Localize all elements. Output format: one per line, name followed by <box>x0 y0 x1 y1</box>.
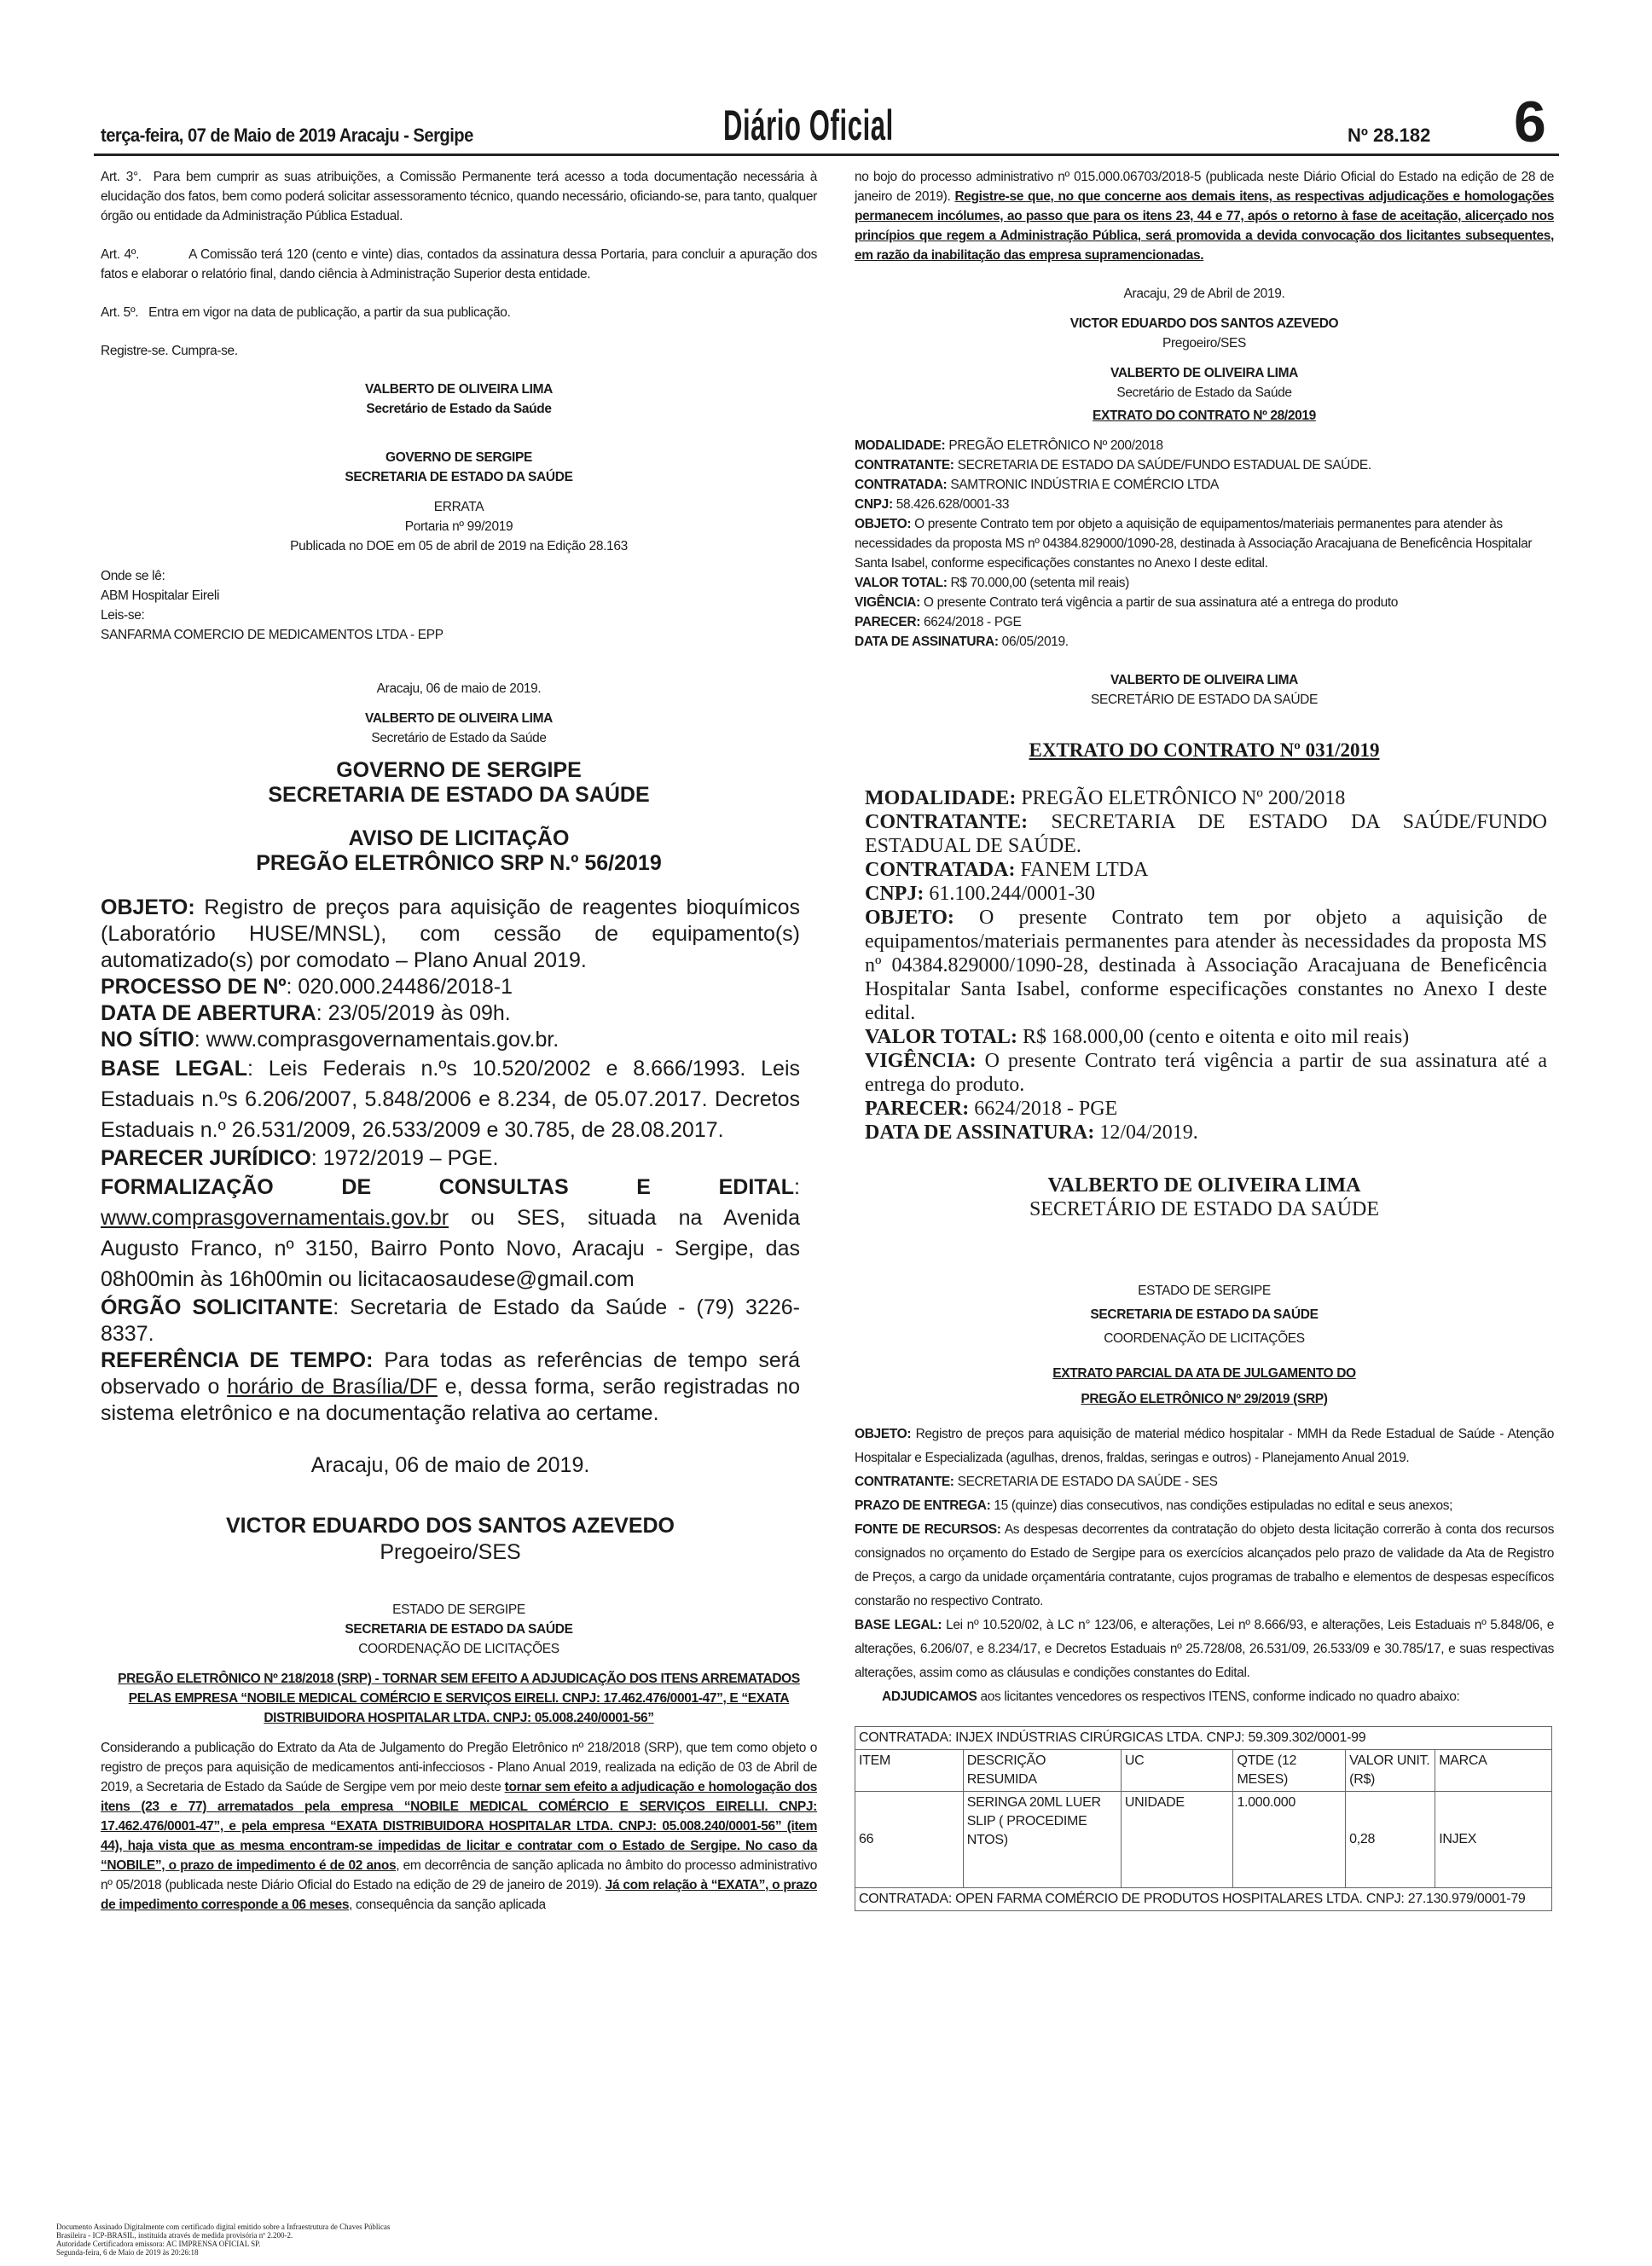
contrato-28-section: EXTRATO DO CONTRATO Nº 28/2019 MODALIDAD… <box>855 406 1554 710</box>
art3-text: Para bem cumprir as suas atribuições, a … <box>101 170 817 223</box>
table-cell: SERINGA 20ML LUER SLIP ( PROCEDIME NTOS) <box>963 1792 1121 1888</box>
c28-field: OBJETO: O presente Contrato tem por obje… <box>855 514 1554 573</box>
aviso-sitio: NO SÍTIO: www.comprasgovernamentais.gov.… <box>101 1027 800 1053</box>
errata-title: ERRATA <box>101 497 817 517</box>
sitio-text: : www.comprasgovernamentais.gov.br. <box>194 1028 559 1052</box>
left-column: Art. 3°. Para bem cumprir as suas atribu… <box>101 167 817 1915</box>
aviso-referencia: REFERÊNCIA DE TEMPO: Para todas as refer… <box>101 1347 800 1427</box>
errata-section: GOVERNO DE SERGIPE SECRETARIA DE ESTADO … <box>101 448 817 748</box>
ata-title1: EXTRATO PARCIAL DA ATA DE JULGAMENTO DO <box>855 1361 1554 1387</box>
p218-coord: COORDENAÇÃO DE LICITAÇÕES <box>101 1639 817 1659</box>
ata-field: PRAZO DE ENTREGA: 15 (quinze) dias conse… <box>855 1494 1554 1518</box>
c28-field: CONTRATADA: SAMTRONIC INDÚSTRIA E COMÉRC… <box>855 475 1554 495</box>
ata-field: CONTRATANTE: SECRETARIA DE ESTADO DA SAÚ… <box>855 1470 1554 1494</box>
ata-field-value: Registro de preços para aquisição de mat… <box>855 1427 1554 1465</box>
p218-place-date: Aracaju, 29 de Abril de 2019. <box>855 284 1554 304</box>
formal-colon: : <box>794 1175 800 1199</box>
errata-publicada: Publicada no DOE em 05 de abril de 2019 … <box>101 536 817 556</box>
table-cell: INJEX <box>1435 1792 1552 1888</box>
closing: Registre-se. Cumpra-se. <box>101 341 817 361</box>
errata-leia-label: Leis-se: <box>101 606 817 625</box>
art4: Art. 4º.A Comissão terá 120 (cento e vin… <box>101 245 817 284</box>
aviso-licitacao: GOVERNO DE SERGIPE SECRETARIA DE ESTADO … <box>101 758 817 1566</box>
c28-field: CONTRATANTE: SECRETARIA DE ESTADO DA SAÚ… <box>855 455 1554 475</box>
c31-field: CNPJ: 61.100.244/0001-30 <box>865 882 1547 906</box>
p218-signer1-title: Pregoeiro/SES <box>855 333 1554 353</box>
edition-number: Nº 28.182 <box>1348 125 1430 147</box>
footer-line: Autoridade Certificadora emissora: AC IM… <box>56 2240 390 2248</box>
p218-estado: ESTADO DE SERGIPE <box>101 1600 817 1620</box>
errata-leia-value: SANFARMA COMERCIO DE MEDICAMENTOS LTDA -… <box>101 625 817 645</box>
aviso-signer-name: VICTOR EDUARDO DOS SANTOS AZEVEDO <box>101 1513 800 1539</box>
ata-field-value: SECRETARIA DE ESTADO DA SAÚDE - SES <box>954 1475 1218 1489</box>
column-header: VALOR UNIT. (R$) <box>1346 1750 1435 1792</box>
orgao-label: ÓRGÃO SOLICITANTE <box>101 1295 333 1319</box>
compras-link[interactable]: www.comprasgovernamentais.gov.br <box>101 1206 449 1230</box>
ata-field-label: PRAZO DE ENTREGA: <box>855 1498 990 1513</box>
c28-field-label: MODALIDADE: <box>855 438 945 453</box>
aviso-secretaria: SECRETARIA DE ESTADO DA SAÚDE <box>101 783 817 808</box>
p218-body-c: , consequência da sanção aplicada <box>349 1898 546 1912</box>
table-cell: 66 <box>855 1792 964 1888</box>
c31-field-label: CONTRATANTE: <box>865 811 1028 833</box>
c28-signer-name: VALBERTO DE OLIVEIRA LIMA <box>855 670 1554 690</box>
p218-title: PREGÃO ELETRÔNICO Nº 218/2018 (SRP) - TO… <box>101 1669 817 1728</box>
ref-link: horário de Brasília/DF <box>227 1375 438 1399</box>
art5-label: Art. 5º. <box>101 305 138 320</box>
aviso-subtitle: PREGÃO ELETRÔNICO SRP N.º 56/2019 <box>101 851 817 876</box>
objeto-label: OBJETO: <box>101 895 195 919</box>
adjudication-table: CONTRATADA: INJEX INDÚSTRIAS CIRÚRGICAS … <box>855 1726 1552 1911</box>
contrato-31-section: EXTRATO DO CONTRATO Nº 031/2019 MODALIDA… <box>855 739 1554 1221</box>
errata-portaria: Portaria nº 99/2019 <box>101 517 817 536</box>
ata-fields: OBJETO: Registro de preços para aquisiçã… <box>855 1423 1554 1685</box>
c28-field-value: 06/05/2019. <box>999 635 1069 649</box>
column-header: MARCA <box>1435 1750 1552 1792</box>
ata-field-label: CONTRATANTE: <box>855 1475 954 1489</box>
ata-29-section: ESTADO DE SERGIPE SECRETARIA DE ESTADO D… <box>855 1279 1554 1911</box>
footer-line: Segunda-feira, 6 de Maio de 2019 às 20:2… <box>56 2248 390 2257</box>
header-rule <box>94 154 1559 156</box>
adjud-label: ADJUDICAMOS <box>882 1689 977 1704</box>
portaria-tail: Art. 3°. Para bem cumprir as suas atribu… <box>101 167 817 419</box>
c28-field: VIGÊNCIA: O presente Contrato terá vigên… <box>855 593 1554 612</box>
table-header-row: ITEMDESCRIÇÃO RESUMIDAUCQTDE (12 MESES)V… <box>855 1750 1552 1792</box>
c28-field-label: VALOR TOTAL: <box>855 576 948 590</box>
p218-cont-body: no bojo do processo administrativo nº 01… <box>855 167 1554 265</box>
table-cell: UNIDADE <box>1121 1792 1233 1888</box>
pregao-218-continued: no bojo do processo administrativo nº 01… <box>855 167 1554 403</box>
p218-signer1-name: VICTOR EDUARDO DOS SANTOS AZEVEDO <box>855 314 1554 333</box>
errata-signer-title: Secretário de Estado da Saúde <box>101 728 817 748</box>
c31-field: PARECER: 6624/2018 - PGE <box>865 1097 1547 1121</box>
ata-field: FONTE DE RECURSOS: As despesas decorrent… <box>855 1518 1554 1614</box>
column-header: ITEM <box>855 1750 964 1792</box>
errata-onde-value: ABM Hospitalar Eireli <box>101 586 817 606</box>
errata-gov: GOVERNO DE SERGIPE <box>101 448 817 467</box>
p218-body: Considerando a publicação do Extrato da … <box>101 1738 817 1915</box>
masthead-title: Diário Oficial <box>723 101 894 150</box>
aviso-title: AVISO DE LICITAÇÃO <box>101 826 817 851</box>
ata-field-label: FONTE DE RECURSOS: <box>855 1522 1001 1537</box>
c28-field-value: 58.426.628/0001-33 <box>893 497 1009 512</box>
c28-title: EXTRATO DO CONTRATO Nº 28/2019 <box>855 406 1554 426</box>
c31-field: VIGÊNCIA: O presente Contrato terá vigên… <box>865 1049 1547 1097</box>
pregao-218-section: ESTADO DE SERGIPE SECRETARIA DE ESTADO D… <box>101 1600 817 1915</box>
p218-signer2-title: Secretário de Estado da Saúde <box>855 383 1554 403</box>
table-cell: 0,28 <box>1346 1792 1435 1888</box>
c31-field-label: OBJETO: <box>865 907 954 929</box>
c31-field-label: PARECER: <box>865 1098 969 1120</box>
ata-secretaria: SECRETARIA DE ESTADO DA SAÚDE <box>855 1303 1554 1327</box>
aviso-formalizacao: FORMALIZAÇÃO DE CONSULTAS E EDITAL: www.… <box>101 1172 800 1295</box>
c28-field-value: O presente Contrato tem por objeto a aqu… <box>855 517 1532 571</box>
page-number: 6 <box>1514 89 1546 155</box>
aviso-gov: GOVERNO DE SERGIPE <box>101 758 817 783</box>
c28-field-label: CONTRATANTE: <box>855 458 954 472</box>
aviso-base-legal: BASE LEGAL: Leis Federais n.ºs 10.520/20… <box>101 1053 800 1145</box>
c31-field: CONTRATANTE: SECRETARIA DE ESTADO DA SAÚ… <box>865 810 1547 858</box>
table-contratada-row: CONTRATADA: OPEN FARMA COMÉRCIO DE PRODU… <box>855 1888 1552 1911</box>
art3-label: Art. 3°. <box>101 170 142 184</box>
column-header: QTDE (12 MESES) <box>1233 1750 1346 1792</box>
signer-title: Secretário de Estado da Saúde <box>101 399 817 419</box>
adjud-text: aos licitantes vencedores os respectivos… <box>977 1689 1460 1704</box>
errata-onde-label: Onde se lê: <box>101 566 817 586</box>
p218-cont-u: Registre-se que, no que concerne aos dem… <box>855 189 1554 263</box>
processo-text: : 020.000.24486/2018-1 <box>287 975 513 999</box>
aviso-parecer: PARECER JURÍDICO: 1972/2019 – PGE. <box>101 1145 800 1172</box>
ata-coord: COORDENAÇÃO DE LICITAÇÕES <box>855 1327 1554 1351</box>
c31-field-value: R$ 168.000,00 (cento e oitenta e oito mi… <box>1017 1026 1409 1048</box>
c28-field-label: DATA DE ASSINATURA: <box>855 635 999 649</box>
p218-signer2-name: VALBERTO DE OLIVEIRA LIMA <box>855 363 1554 383</box>
c31-field: CONTRATADA: FANEM LTDA <box>865 858 1547 882</box>
ata-title2: PREGÃO ELETRÔNICO Nº 29/2019 (SRP) <box>855 1387 1554 1412</box>
c31-field-label: MODALIDADE: <box>865 787 1016 809</box>
c31-signer-name: VALBERTO DE OLIVEIRA LIMA <box>855 1174 1554 1197</box>
c31-title: EXTRATO DO CONTRATO Nº 031/2019 <box>855 739 1554 762</box>
formal-label: FORMALIZAÇÃO DE CONSULTAS E EDITAL <box>101 1175 794 1199</box>
errata-secretaria: SECRETARIA DE ESTADO DA SAÚDE <box>101 467 817 487</box>
art5: Art. 5º. Entra em vigor na data de publi… <box>101 303 817 322</box>
c31-field-label: VALOR TOTAL: <box>865 1026 1017 1048</box>
aviso-orgao: ÓRGÃO SOLICITANTE: Secretaria de Estado … <box>101 1295 800 1347</box>
ata-field-label: BASE LEGAL: <box>855 1618 942 1632</box>
c28-field: DATA DE ASSINATURA: 06/05/2019. <box>855 632 1554 652</box>
column-header: DESCRIÇÃO RESUMIDA <box>963 1750 1121 1792</box>
p218-secretaria: SECRETARIA DE ESTADO DA SAÚDE <box>101 1620 817 1639</box>
c31-field-value: 12/04/2019. <box>1094 1121 1197 1144</box>
c28-signer-title: SECRETÁRIO DE ESTADO DA SAÚDE <box>855 690 1554 710</box>
ata-field: OBJETO: Registro de preços para aquisiçã… <box>855 1423 1554 1470</box>
c31-signer-title: SECRETÁRIO DE ESTADO DA SAÚDE <box>855 1197 1554 1221</box>
c31-field-value: 6624/2018 - PGE <box>969 1098 1117 1120</box>
c31-fields: MODALIDADE: PREGÃO ELETRÔNICO Nº 200/201… <box>865 786 1547 1145</box>
ata-adjudicamos: ADJUDICAMOS aos licitantes vencedores os… <box>855 1685 1554 1709</box>
digital-signature-footer: Documento Assinado Digitalmente com cert… <box>56 2223 390 2257</box>
errata-signer-name: VALBERTO DE OLIVEIRA LIMA <box>101 709 817 728</box>
abertura-text: : 23/05/2019 às 09h. <box>316 1001 511 1025</box>
c28-field-value: PREGÃO ELETRÔNICO Nº 200/2018 <box>945 438 1162 453</box>
art3: Art. 3°. Para bem cumprir as suas atribu… <box>101 167 817 226</box>
c28-field-label: CONTRATADA: <box>855 478 947 492</box>
c28-field-label: PARECER: <box>855 615 920 629</box>
c28-field-label: CNPJ: <box>855 497 893 512</box>
errata-place-date: Aracaju, 06 de maio de 2019. <box>101 679 817 698</box>
c31-field-value: 61.100.244/0001-30 <box>924 883 1095 905</box>
signer-name: VALBERTO DE OLIVEIRA LIMA <box>101 380 817 399</box>
c31-field-value: O presente Contrato tem por objeto a aqu… <box>865 907 1547 1024</box>
base-label: BASE LEGAL <box>101 1057 247 1081</box>
footer-line: Documento Assinado Digitalmente com cert… <box>56 2223 390 2231</box>
c31-field: DATA DE ASSINATURA: 12/04/2019. <box>865 1121 1547 1145</box>
ata-estado: ESTADO DE SERGIPE <box>855 1279 1554 1303</box>
c28-field: CNPJ: 58.426.628/0001-33 <box>855 495 1554 514</box>
sitio-label: NO SÍTIO <box>101 1028 194 1052</box>
contratada-2: CONTRATADA: OPEN FARMA COMÉRCIO DE PRODU… <box>855 1888 1552 1911</box>
c31-field: VALOR TOTAL: R$ 168.000,00 (cento e oite… <box>865 1025 1547 1049</box>
c28-field-value: SAMTRONIC INDÚSTRIA E COMÉRCIO LTDA <box>947 478 1219 492</box>
c28-field-value: O presente Contrato terá vigência a part… <box>920 595 1398 610</box>
ref-label: REFERÊNCIA DE TEMPO: <box>101 1348 373 1372</box>
c31-field: MODALIDADE: PREGÃO ELETRÔNICO Nº 200/201… <box>865 786 1547 810</box>
c28-field: VALOR TOTAL: R$ 70.000,00 (setenta mil r… <box>855 573 1554 593</box>
parecer-text: : 1972/2019 – PGE. <box>311 1146 499 1170</box>
c31-field: OBJETO: O presente Contrato tem por obje… <box>865 906 1547 1025</box>
c28-field-value: R$ 70.000,00 (setenta mil reais) <box>948 576 1129 590</box>
ata-field: BASE LEGAL: Lei nº 10.520/02, à LC n° 12… <box>855 1614 1554 1685</box>
aviso-signer-title: Pregoeiro/SES <box>101 1539 800 1566</box>
aviso-objeto: OBJETO: Registro de preços para aquisiçã… <box>101 895 800 974</box>
objeto-text: Registro de preços para aquisição de rea… <box>101 895 800 972</box>
aviso-processo: PROCESSO DE Nº: 020.000.24486/2018-1 <box>101 974 800 1000</box>
aviso-abertura: DATA DE ABERTURA: 23/05/2019 às 09h. <box>101 1000 800 1027</box>
processo-label: PROCESSO DE Nº <box>101 975 287 999</box>
table-row: 66SERINGA 20ML LUER SLIP ( PROCEDIME NTO… <box>855 1792 1552 1888</box>
c28-field-value: 6624/2018 - PGE <box>920 615 1021 629</box>
footer-line: Brasileira - ICP-BRASIL, instituída atra… <box>56 2231 390 2240</box>
c31-field-label: CNPJ: <box>865 883 924 905</box>
table-cell: 1.000.000 <box>1233 1792 1346 1888</box>
art4-label: Art. 4º. <box>101 247 139 262</box>
art4-text: A Comissão terá 120 (cento e vinte) dias… <box>101 247 817 281</box>
c31-field-label: VIGÊNCIA: <box>865 1050 977 1072</box>
c28-field-label: VIGÊNCIA: <box>855 595 920 610</box>
right-column: no bojo do processo administrativo nº 01… <box>855 167 1554 1911</box>
c28-fields: MODALIDADE: PREGÃO ELETRÔNICO Nº 200/201… <box>855 436 1554 652</box>
table-contratada-row: CONTRATADA: INJEX INDÚSTRIAS CIRÚRGICAS … <box>855 1727 1552 1750</box>
header-date-location: terça-feira, 07 de Maio de 2019 Aracaju … <box>101 125 473 147</box>
art5-text: Entra em vigor na data de publicação, a … <box>148 305 510 320</box>
c28-field: MODALIDADE: PREGÃO ELETRÔNICO Nº 200/201… <box>855 436 1554 455</box>
ata-field-value: Lei nº 10.520/02, à LC n° 123/06, e alte… <box>855 1618 1554 1680</box>
c31-field-label: CONTRATADA: <box>865 859 1015 881</box>
c31-field-label: DATA DE ASSINATURA: <box>865 1121 1094 1144</box>
parecer-label: PARECER JURÍDICO <box>101 1146 311 1170</box>
contratada-1: CONTRATADA: INJEX INDÚSTRIAS CIRÚRGICAS … <box>855 1727 1552 1750</box>
c28-field-label: OBJETO: <box>855 517 911 531</box>
ata-field-label: OBJETO: <box>855 1427 911 1441</box>
c31-field-value: FANEM LTDA <box>1015 859 1148 881</box>
c28-field-value: SECRETARIA DE ESTADO DA SAÚDE/FUNDO ESTA… <box>954 458 1371 472</box>
abertura-label: DATA DE ABERTURA <box>101 1001 316 1025</box>
c28-field: PARECER: 6624/2018 - PGE <box>855 612 1554 632</box>
ata-field-value: 15 (quinze) dias consecutivos, nas condi… <box>990 1498 1452 1513</box>
aviso-place-date: Aracaju, 06 de maio de 2019. <box>101 1452 800 1479</box>
column-header: UC <box>1121 1750 1233 1792</box>
c31-field-value: PREGÃO ELETRÔNICO Nº 200/2018 <box>1016 787 1345 809</box>
newspaper-page: terça-feira, 07 de Maio de 2019 Aracaju … <box>0 0 1652 2266</box>
